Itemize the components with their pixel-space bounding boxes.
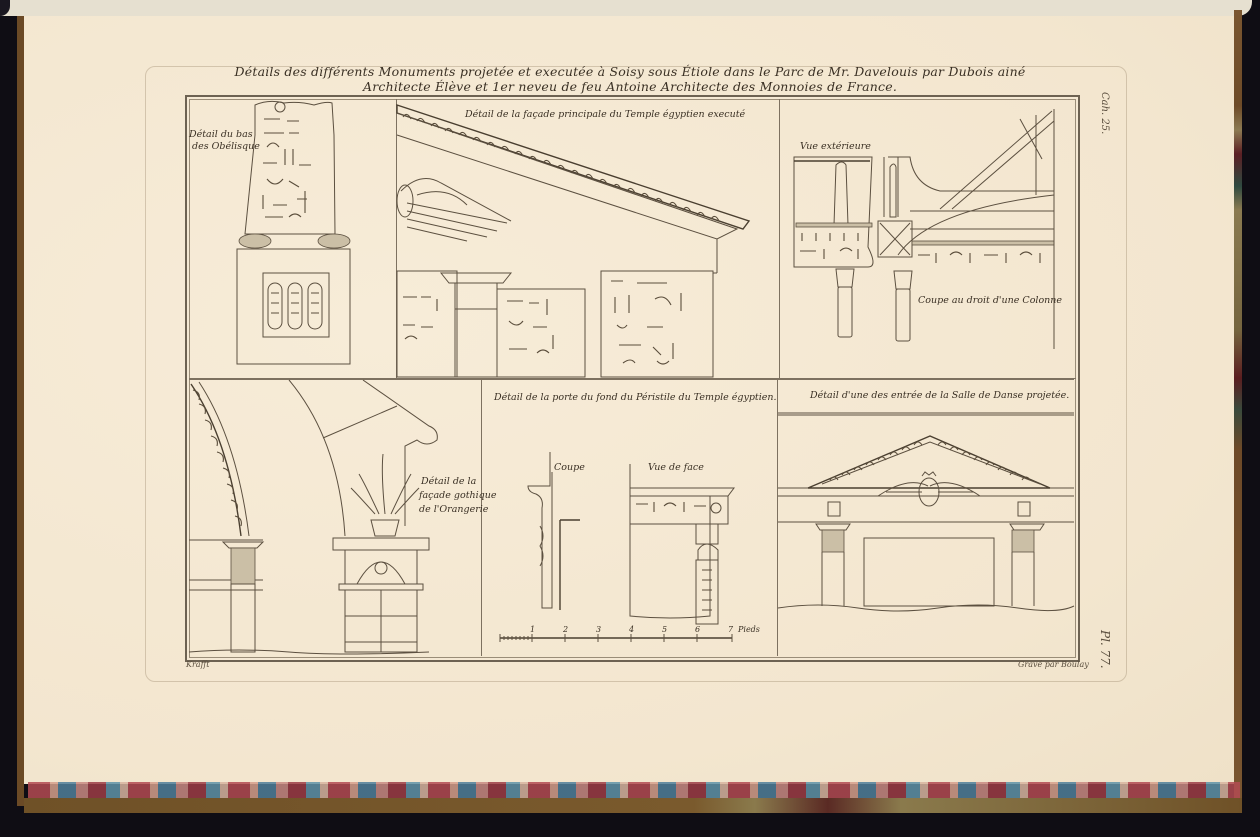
panel-temple-facade: Détail de la façade principale du Temple… (396, 99, 780, 379)
panel-gothic-facade: Détail de la façade gothique de l'Orange… (189, 379, 482, 656)
credit-engraver: Gravé par Boulay (1018, 660, 1089, 669)
row-divider (189, 378, 1076, 379)
obelisk-drawing (189, 99, 397, 379)
panel-peristyle-door: Détail de la porte du fond du Péristile … (482, 379, 778, 656)
scale-tick-1: 1 (530, 624, 535, 636)
scale-tick-7: 7 (728, 624, 733, 636)
book-binding-bottom (24, 798, 1242, 813)
scale-tick-6: 6 (695, 624, 700, 636)
cahier-label: Cah. 25. (1099, 92, 1110, 134)
plate-title-line-2: Architecte Élève et 1er neveu de feu Ant… (180, 79, 1080, 94)
panel-exterior-view: Vue extérieure Coupe au droit d'une Colo… (780, 99, 1074, 379)
book-binding-left (17, 16, 24, 806)
scale-tick-5: 5 (662, 624, 667, 636)
book-binding-right (1234, 10, 1242, 810)
scale-tick-3: 3 (596, 624, 601, 636)
plate-title-line-1: Détails des différents Monuments projeté… (180, 64, 1080, 79)
exterior-view-drawing (780, 99, 1074, 379)
scale-tick-4: 4 (629, 624, 634, 636)
peristyle-door-drawing (482, 380, 778, 657)
scale-tick-2: 2 (563, 624, 568, 636)
gothic-facade-drawing (189, 380, 482, 657)
dance-hall-drawing (778, 380, 1074, 657)
scale-unit: Pieds (738, 624, 760, 636)
temple-facade-drawing (397, 99, 781, 379)
panel-obelisk: Détail du bas des Obélisque (189, 99, 397, 379)
panel-dance-hall: Détail d'une des entrée de la Salle de D… (778, 379, 1074, 656)
plate-number: Pl. 77. (1098, 630, 1112, 669)
credit-draughtsman: Krafft (186, 660, 209, 669)
overlying-page-edge (0, 0, 1252, 16)
plate-title: Détails des différents Monuments projeté… (180, 64, 1080, 94)
